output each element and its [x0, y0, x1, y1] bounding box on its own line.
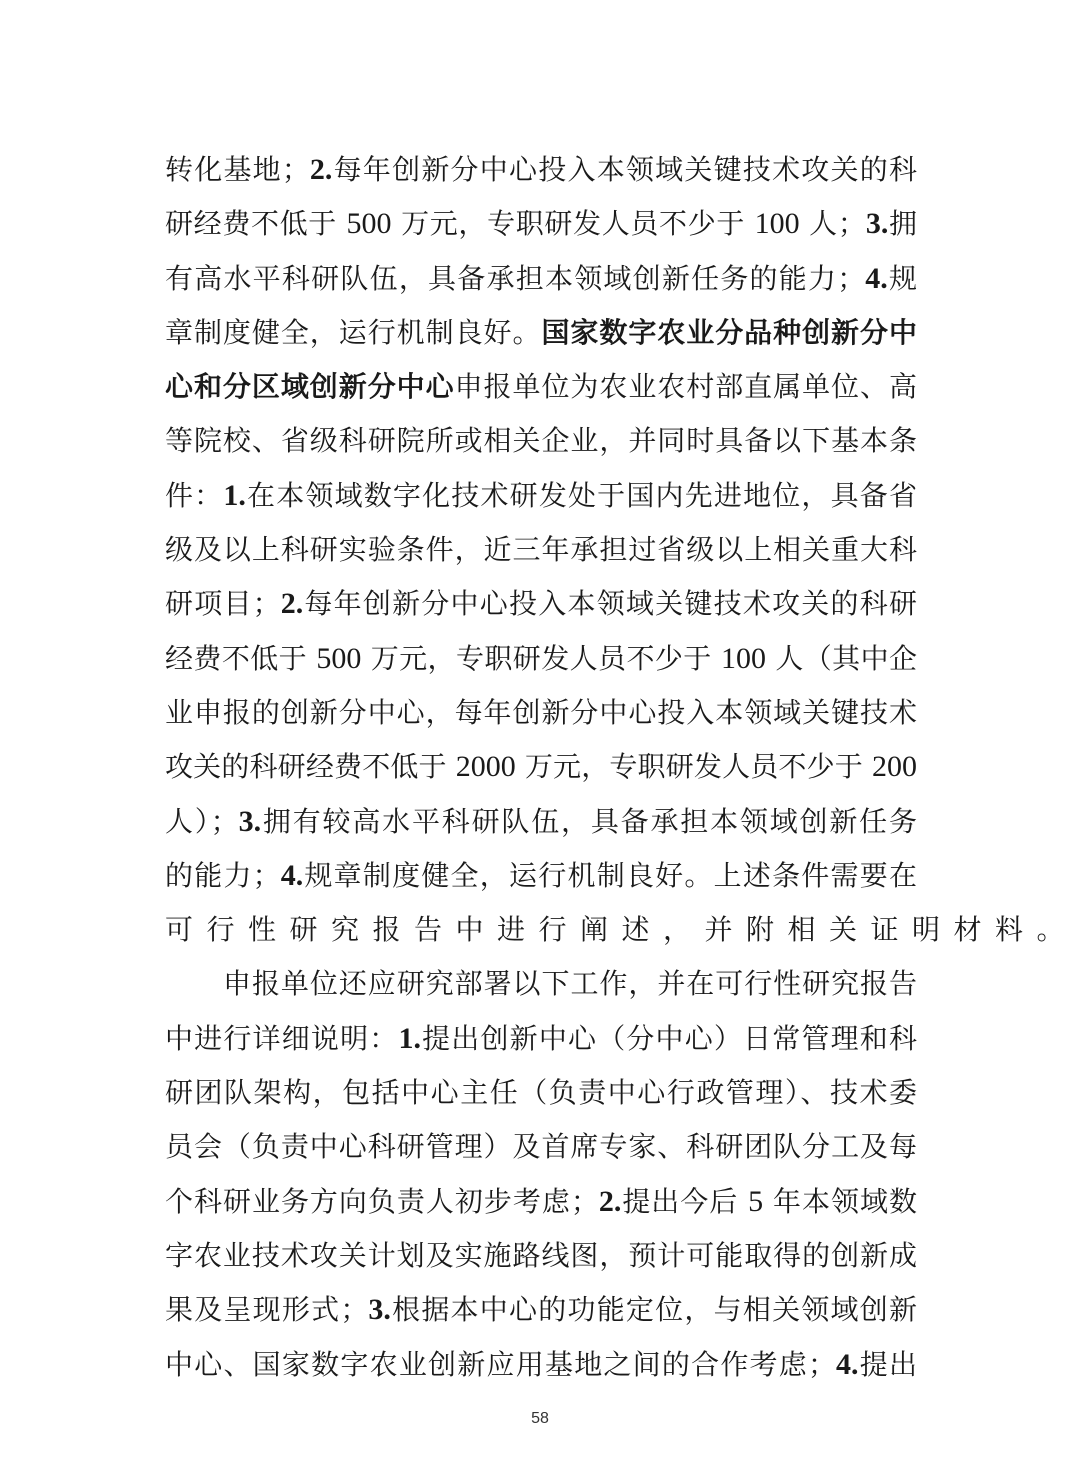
list-number: 1.	[223, 479, 246, 512]
list-number: 4.	[281, 859, 304, 892]
text-line: 有高水平科研队伍，具备承担本领域创新任务的能力；4.规	[165, 252, 917, 306]
list-number: 2.	[599, 1185, 622, 1218]
list-number: 2.	[310, 153, 333, 186]
text-segment: 员会（负责中心科研管理）及首席专家、科研团队分工及每	[165, 1130, 917, 1163]
numeric-value: 500	[347, 207, 392, 240]
text-segment: 件：	[165, 479, 223, 512]
text-line: 中进行详细说明：1.提出创新中心（分中心）日常管理和科	[165, 1012, 917, 1066]
text-line: 级及以上科研实验条件，近三年承担过省级以上相关重大科	[165, 523, 917, 577]
numeric-value: 200	[872, 750, 917, 783]
text-segment: 申报单位还应研究部署以下工作，并在可行性研究报告	[223, 967, 917, 1000]
text-segment: 万元，专职研发人员不少于	[392, 207, 755, 240]
text-line: 果及呈现形式；3.根据本中心的功能定位，与相关领域创新	[165, 1283, 917, 1337]
numeric-value: 100	[721, 642, 766, 675]
text-segment: 转化基地；	[165, 153, 310, 186]
text-segment: 拥有较高水平科研队伍，具备承担本领域创新任务	[261, 805, 917, 838]
text-segment: 提出创新中心（分中心）日常管理和科	[421, 1022, 917, 1055]
text-segment: 人）；	[165, 805, 239, 838]
text-segment: 每年创新分中心投入本领域关键技术攻关的科	[332, 153, 917, 186]
text-segment: 研项目；	[165, 587, 281, 620]
text-line: 攻关的科研经费不低于 2000 万元，专职研发人员不少于 200	[165, 740, 917, 794]
text-segment: 经费不低于	[165, 642, 316, 675]
text-line: 章制度健全，运行机制良好。国家数字农业分品种创新分中	[165, 306, 917, 360]
text-segment: 的能力；	[165, 859, 281, 892]
numeric-value: 2000	[456, 750, 516, 783]
text-segment: 攻关的科研经费不低于	[165, 750, 456, 783]
text-segment: 拥	[888, 207, 917, 240]
text-line: 经费不低于 500 万元，专职研发人员不少于 100 人（其中企	[165, 632, 917, 686]
body-text: 转化基地；2.每年创新分中心投入本领域关键技术攻关的科研经费不低于 500 万元…	[165, 143, 917, 1392]
numeric-value: 5	[748, 1185, 763, 1218]
text-segment: 根据本中心的功能定位，与相关领域创新	[391, 1293, 917, 1326]
text-segment: 规	[888, 262, 917, 295]
text-line: 可行性研究报告中进行阐述，并附相关证明材料。	[165, 903, 917, 957]
numeric-value: 100	[755, 207, 800, 240]
text-segment: 万元，专职研发人员不少于	[361, 642, 721, 675]
text-segment: 字农业技术攻关计划及实施路线图，预计可能取得的创新成	[165, 1239, 917, 1272]
text-segment: 业申报的创新分中心，每年创新分中心投入本领域关键技术	[165, 696, 917, 729]
list-number: 2.	[281, 587, 304, 620]
text-line: 个科研业务方向负责人初步考虑；2.提出今后 5 年本领域数	[165, 1175, 917, 1229]
text-line: 研项目；2.每年创新分中心投入本领域关键技术攻关的科研	[165, 577, 917, 631]
text-segment: 果及呈现形式；	[165, 1293, 368, 1326]
text-line: 转化基地；2.每年创新分中心投入本领域关键技术攻关的科	[165, 143, 917, 197]
text-segment: 可行性研究报告中进行阐述，并附相关证明材料。	[165, 913, 1078, 946]
list-number: 1.	[398, 1022, 421, 1055]
text-segment: 每年创新分中心投入本领域关键技术攻关的科研	[303, 587, 917, 620]
list-number: 3.	[368, 1293, 391, 1326]
text-line: 字农业技术攻关计划及实施路线图，预计可能取得的创新成	[165, 1229, 917, 1283]
numeric-value: 500	[316, 642, 361, 675]
text-line: 中心、国家数字农业创新应用基地之间的合作考虑；4.提出	[165, 1338, 917, 1392]
text-segment: 中进行详细说明：	[165, 1022, 398, 1055]
text-segment: 年本领域数	[763, 1185, 917, 1218]
list-number: 4.	[836, 1348, 859, 1381]
text-segment: 中心、国家数字农业创新应用基地之间的合作考虑；	[165, 1348, 836, 1381]
text-segment: 提出今后	[621, 1185, 748, 1218]
text-line: 件：1.在本领域数字化技术研发处于国内先进地位，具备省	[165, 469, 917, 523]
text-line: 申报单位还应研究部署以下工作，并在可行性研究报告	[165, 957, 917, 1011]
text-segment: 研团队架构，包括中心主任（负责中心行政管理）、技术委	[165, 1076, 917, 1109]
text-segment: 章制度健全，运行机制良好。	[165, 316, 541, 349]
text-segment: 有高水平科研队伍，具备承担本领域创新任务的能力；	[165, 262, 865, 295]
text-segment: 等院校、省级科研院所或相关企业，并同时具备以下基本条	[165, 424, 917, 457]
text-line: 的能力；4.规章制度健全，运行机制良好。上述条件需要在	[165, 849, 917, 903]
text-segment: 级及以上科研实验条件，近三年承担过省级以上相关重大科	[165, 533, 917, 566]
document-page: 转化基地；2.每年创新分中心投入本领域关键技术攻关的科研经费不低于 500 万元…	[0, 0, 1080, 1457]
text-segment: 人；	[800, 207, 866, 240]
text-segment: 研经费不低于	[165, 207, 347, 240]
bold-heading-text: 心和分区域创新分中心	[165, 370, 455, 403]
text-line: 研团队架构，包括中心主任（负责中心行政管理）、技术委	[165, 1066, 917, 1120]
text-line: 研经费不低于 500 万元，专职研发人员不少于 100 人；3.拥	[165, 197, 917, 251]
bold-heading-text: 国家数字农业分品种创新分中	[541, 316, 917, 349]
text-segment: 人（其中企	[766, 642, 917, 675]
list-number: 4.	[865, 262, 888, 295]
text-segment: 万元，专职研发人员不少于	[516, 750, 872, 783]
text-line: 等院校、省级科研院所或相关企业，并同时具备以下基本条	[165, 414, 917, 468]
text-segment: 在本领域数字化技术研发处于国内先进地位，具备省	[246, 479, 917, 512]
list-number: 3.	[866, 207, 889, 240]
text-segment: 提出	[859, 1348, 917, 1381]
text-line: 心和分区域创新分中心申报单位为农业农村部直属单位、高	[165, 360, 917, 414]
text-segment: 申报单位为农业农村部直属单位、高	[455, 370, 917, 403]
text-line: 员会（负责中心科研管理）及首席专家、科研团队分工及每	[165, 1120, 917, 1174]
text-line: 人）；3.拥有较高水平科研队伍，具备承担本领域创新任务	[165, 795, 917, 849]
text-segment: 个科研业务方向负责人初步考虑；	[165, 1185, 599, 1218]
text-line: 业申报的创新分中心，每年创新分中心投入本领域关键技术	[165, 686, 917, 740]
page-number: 58	[0, 1410, 1080, 1428]
text-segment: 规章制度健全，运行机制良好。上述条件需要在	[303, 859, 917, 892]
list-number: 3.	[239, 805, 262, 838]
